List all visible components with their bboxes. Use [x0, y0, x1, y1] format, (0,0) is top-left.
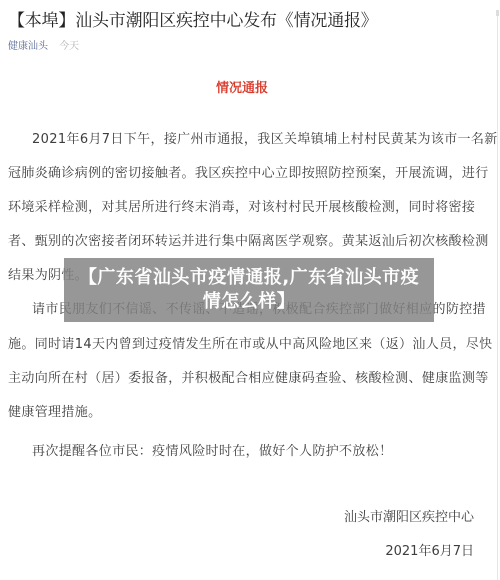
- article-meta: 健康汕头 今天: [8, 40, 79, 54]
- article-title: 【本埠】汕头市潮阳区疾控中心发布《情况通报》: [8, 10, 378, 32]
- caption-overlay: 【广东省汕头市疫情通报,广东省汕头市疫情怎么样】: [64, 258, 434, 322]
- signature-date: 2021年6月7日: [385, 543, 474, 561]
- overlay-caption: 【广东省汕头市疫情通报,广东省汕头市疫情怎么样】: [64, 266, 434, 314]
- paragraph-line: 者、甄别的次密接者闭环转运并进行集中隔离医学观察。黄某返汕后初次核酸检测: [8, 233, 478, 251]
- paragraph-line: 2021年6月7日下午，接广州市通报，我区关埠镇埔上村村民黄某为该市一名新: [32, 131, 500, 149]
- source-account-link[interactable]: 健康汕头: [8, 41, 48, 52]
- paragraph-line: 环境采样检测，对其居所进行终末消毒，对该村村民开展核酸检测，同时将密接: [8, 199, 478, 217]
- paragraph-line: 主动向所在村（居）委报备，并积极配合相应健康码查验、核酸检测、健康监测等: [8, 370, 478, 388]
- publish-date: 今天: [59, 41, 79, 52]
- paragraph-line: 施。同时请14天内曾到过疫情发生所在市或从中高风险地区来（返）汕人员，尽快: [8, 336, 478, 354]
- paragraph-line: 健康管理措施。: [8, 404, 478, 422]
- reminder-line: 再次提醒各位市民：疫情风险时时在，做好个人防护不放松！: [32, 443, 500, 461]
- article-page: 【本埠】汕头市潮阳区疾控中心发布《情况通报》 健康汕头 今天 情况通报 2021…: [0, 0, 500, 580]
- signature-organization: 汕头市潮阳区疾控中心: [344, 509, 474, 527]
- paragraph-line: 冠肺炎确诊病例的密切接触者。我区疾控中心立即按照防控预案，开展流调，进行: [8, 165, 478, 183]
- scrollbar-track[interactable]: [497, 10, 498, 580]
- notice-heading: 情况通报: [0, 80, 484, 98]
- scrollbar-thumb[interactable]: [496, 10, 499, 16]
